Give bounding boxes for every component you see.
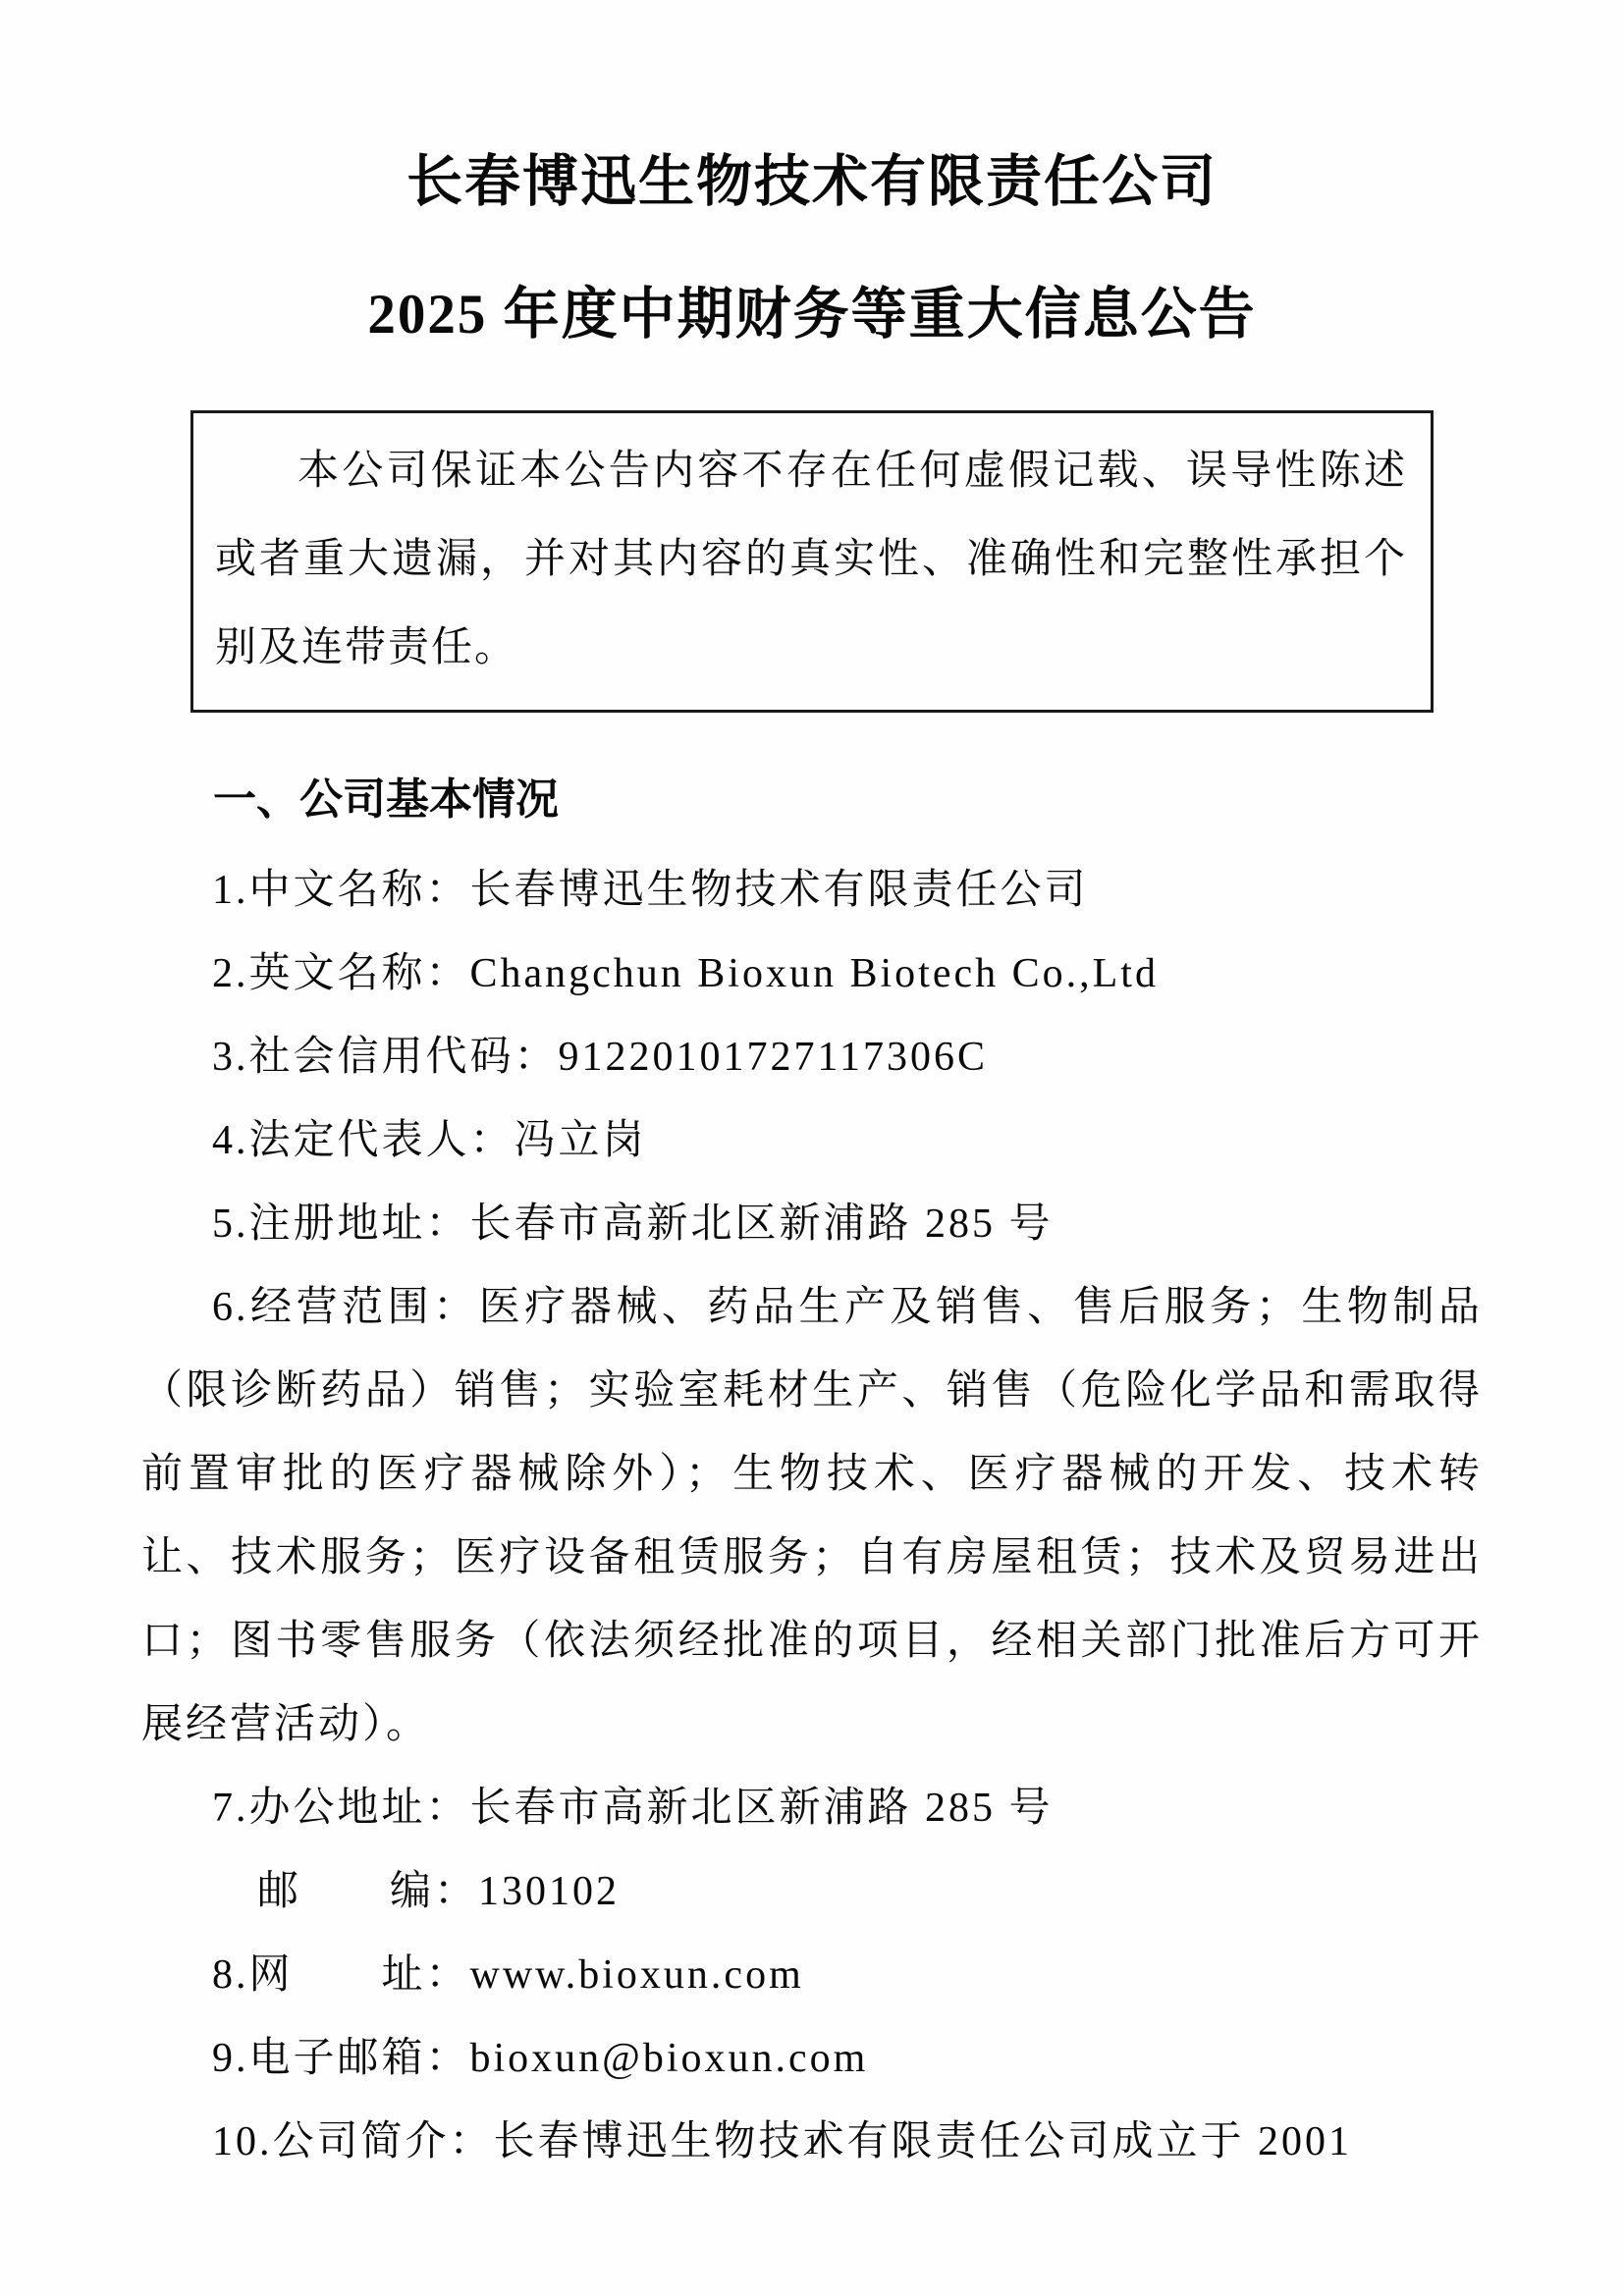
disclaimer-text: 本公司保证本公告内容不存在任何虚假记载、误导性陈述或者重大遗漏，并对其内容的真实… bbox=[215, 427, 1407, 692]
list-item: 9.电子邮箱：bioxun@bioxun.com bbox=[141, 2017, 1483, 2101]
title-line-1: 长春博迅生物技术有限责任公司 bbox=[0, 116, 1624, 248]
title-line-2: 2025 年度中期财务等重大信息公告 bbox=[0, 248, 1624, 381]
list-item: 4.法定代表人：冯立岗 bbox=[141, 1099, 1483, 1183]
list-item: 邮 编：130102 bbox=[141, 1850, 1483, 1934]
disclaimer-box: 本公司保证本公告内容不存在任何虚假记载、误导性陈述或者重大遗漏，并对其内容的真实… bbox=[190, 410, 1434, 713]
document-title: 长春博迅生物技术有限责任公司 2025 年度中期财务等重大信息公告 bbox=[0, 0, 1624, 381]
list-item: 6.经营范围：医疗器械、药品生产及销售、售后服务；生物制品（限诊断药品）销售；实… bbox=[141, 1266, 1483, 1767]
page-number: 1 bbox=[0, 2128, 1624, 2162]
list-item: 8.网 址：www.bioxun.com bbox=[141, 1934, 1483, 2017]
document-page: 长春博迅生物技术有限责任公司 2025 年度中期财务等重大信息公告 本公司保证本… bbox=[0, 0, 1624, 2296]
list-item: 7.办公地址：长春市高新北区新浦路 285 号 bbox=[141, 1767, 1483, 1850]
list-item: 3.社会信用代码：91220101727117306C bbox=[141, 1016, 1483, 1099]
list-item: 1.中文名称：长春博迅生物技术有限责任公司 bbox=[141, 849, 1483, 933]
list-item: 2.英文名称：Changchun Bioxun Biotech Co.,Ltd bbox=[141, 933, 1483, 1016]
section-heading: 一、公司基本情况 bbox=[142, 758, 1482, 841]
company-info-list: 1.中文名称：长春博迅生物技术有限责任公司2.英文名称：Changchun Bi… bbox=[141, 849, 1483, 2184]
list-item: 5.注册地址：长春市高新北区新浦路 285 号 bbox=[141, 1183, 1483, 1266]
